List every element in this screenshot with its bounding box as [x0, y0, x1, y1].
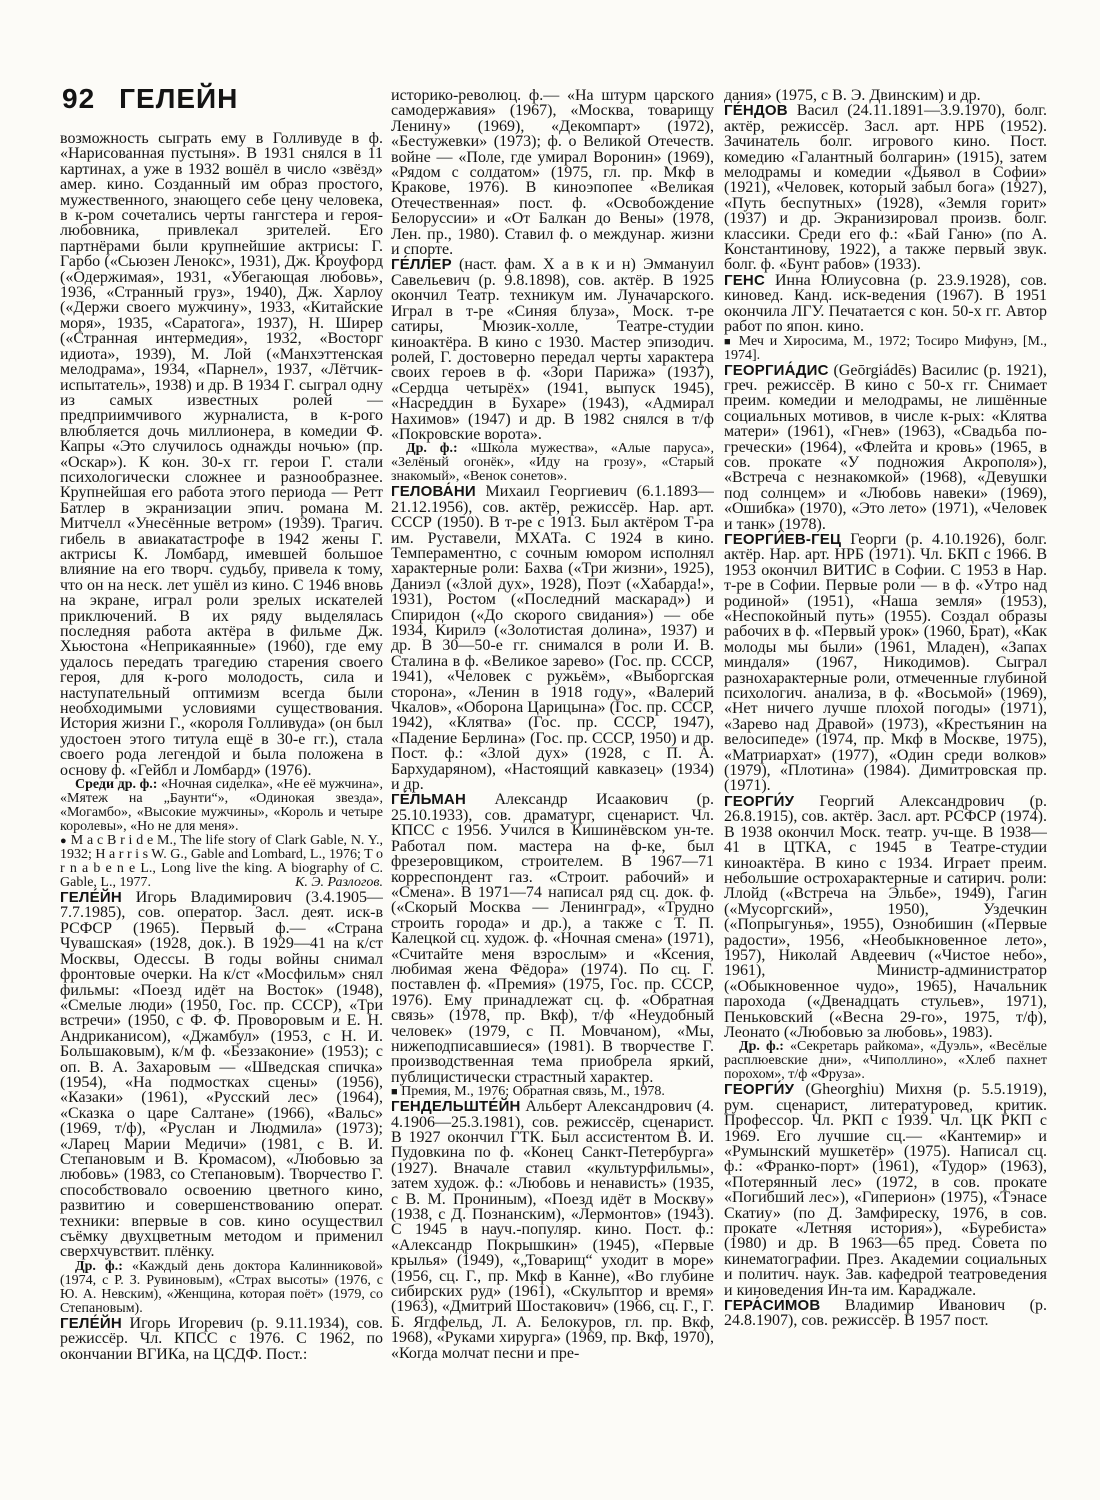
entry-gendelshtein: ГЕНДЕЛЬШТЕ́ЙН Альберт Александрович (4. … — [391, 1099, 714, 1361]
entry-text: Игорь Владимирович (3.4.1905—7.7.1985), … — [60, 889, 383, 1260]
georgiu-filmography: Др. ф.: «Секретарь райкома», «Дуэль», «В… — [724, 1040, 1047, 1082]
page-number: 92 — [62, 84, 95, 114]
entry-text: Инна Юлиусовна (р. 23.9.1928), сов. кино… — [724, 272, 1047, 335]
paragraph-text: возможность сыграть ему в Голливуде в ф.… — [60, 131, 383, 779]
entry-gelovani: ГЕЛОВА́НИ Михаил Георгиевич (6.1.1893—21… — [391, 484, 714, 792]
continuation-gable-article: возможность сыграть ему в Голливуде в ф.… — [60, 131, 383, 778]
entry-gens: ГЕНС Инна Юлиусовна (р. 23.9.1928), сов.… — [724, 273, 1047, 335]
geleyn-filmography: Др. ф.: «Каждый день доктора Калинниково… — [60, 1260, 383, 1316]
entry-text: Альберт Александрович (4. 4.1906—25.3.19… — [391, 1098, 714, 1362]
column-3: дания» (1975, с В. Э. Двинским) и др. ГЕ… — [724, 88, 1047, 1423]
author-signature: К. Э. Разлогов. — [295, 876, 383, 890]
bibliography-text: Премия, М., 1976; Обратная связь, М., 19… — [401, 1084, 665, 1099]
entry-gerasimov: ГЕРА́СИМОВ Владимир Иванович (р. 24.8.19… — [724, 1298, 1047, 1329]
gable-bibliography: ● M a c B r i d e M., The life story of … — [60, 834, 383, 890]
entry-text: Георгий Александрович (р. 26.8.1915), со… — [724, 793, 1047, 1041]
column-2: историко-революц. ф.— «На штурм царского… — [391, 88, 714, 1423]
filmography-label: Среди др. ф.: — [75, 777, 157, 792]
entry-text: Васил (24.11.1891—3.9.1970), болг. актёр… — [724, 102, 1047, 273]
geller-filmography: Др. ф.: «Школа мужества», «Алые паруса»,… — [391, 442, 714, 484]
entry-georgiev-gets: ГЕОРГИ́ЕВ-ГЕЦ Георги (р. 4.10.1926), бол… — [724, 532, 1047, 794]
filmography-label: Др. ф.: — [739, 1039, 784, 1054]
continuation-geleyn-films: историко-революц. ф.— «На штурм царского… — [391, 88, 714, 257]
filmography-label: Др. ф.: — [75, 1259, 123, 1274]
running-headword: ГЕЛЕЙН — [119, 84, 238, 114]
column-1: возможность сыграть ему в Голливуде в ф.… — [60, 131, 383, 1423]
entry-text: Михаил Георгиевич (6.1.1893—21.12.1956),… — [391, 483, 714, 793]
running-head: 92 ГЕЛЕЙН — [62, 84, 238, 114]
bibliography-text: Меч и Хиросима, М., 1972; Тосиро Мифунэ,… — [724, 334, 1047, 363]
gable-filmography: Среди др. ф.: «Ночная сиделка», «Не её м… — [60, 778, 383, 834]
gens-bibliography: ■ Меч и Хиросима, М., 1972; Тосиро Мифун… — [724, 335, 1047, 363]
entry-geleyn-igor-vladimirovich: ГЕЛЕ́ЙН Игорь Владимирович (3.4.1905—7.7… — [60, 890, 383, 1260]
entry-text: (наст. фам. Х а в к и н) Эммануил Савель… — [391, 256, 714, 442]
entry-gendov: ГЕ́НДОВ Васил (24.11.1891—3.9.1970), бол… — [724, 103, 1047, 272]
entry-gelman: ГЕ́ЛЬМАН Александр Исаакович (р. 25.10.1… — [391, 792, 714, 1085]
bullet-circle-icon: ● — [60, 835, 67, 847]
bullet-square-icon: ■ — [391, 1086, 398, 1098]
continuation-gendelshtein: дания» (1975, с В. Э. Двинским) и др. — [724, 88, 1047, 103]
entry-text: Георги (р. 4.10.1926), болг. актёр. Нар.… — [724, 531, 1047, 795]
entry-geleyn-igor-igorevich: ГЕЛЕ́ЙН Игорь Игоревич (р. 9.11.1934), с… — [60, 1316, 383, 1362]
paragraph-text: историко-революц. ф.— «На штурм царского… — [391, 88, 714, 258]
entry-text: (Gheorghiu) Михня (р. 5.5.1919), рум. сц… — [724, 1081, 1047, 1298]
entry-text: Александр Исаакович (р. 25.10.1933), сов… — [391, 791, 714, 1085]
bullet-square-icon: ■ — [724, 336, 733, 348]
filmography-label: Др. ф.: — [406, 441, 458, 456]
entry-text: (Geōrgiádēs) Василис (р. 1921), греч. ре… — [724, 362, 1047, 533]
entry-georgiadis: ГЕОРГИА́ДИС (Geōrgiádēs) Василис (р. 192… — [724, 363, 1047, 532]
entry-geller: ГЕ́ЛЛЕР (наст. фам. Х а в к и н) Эммануи… — [391, 257, 714, 442]
entry-georgiu-georgiy: ГЕОРГИ́У Георгий Александрович (р. 26.8.… — [724, 794, 1047, 1041]
entry-georgiu-mihnya: ГЕОРГИ́У (Gheorghiu) Михня (р. 5.5.1919)… — [724, 1082, 1047, 1298]
